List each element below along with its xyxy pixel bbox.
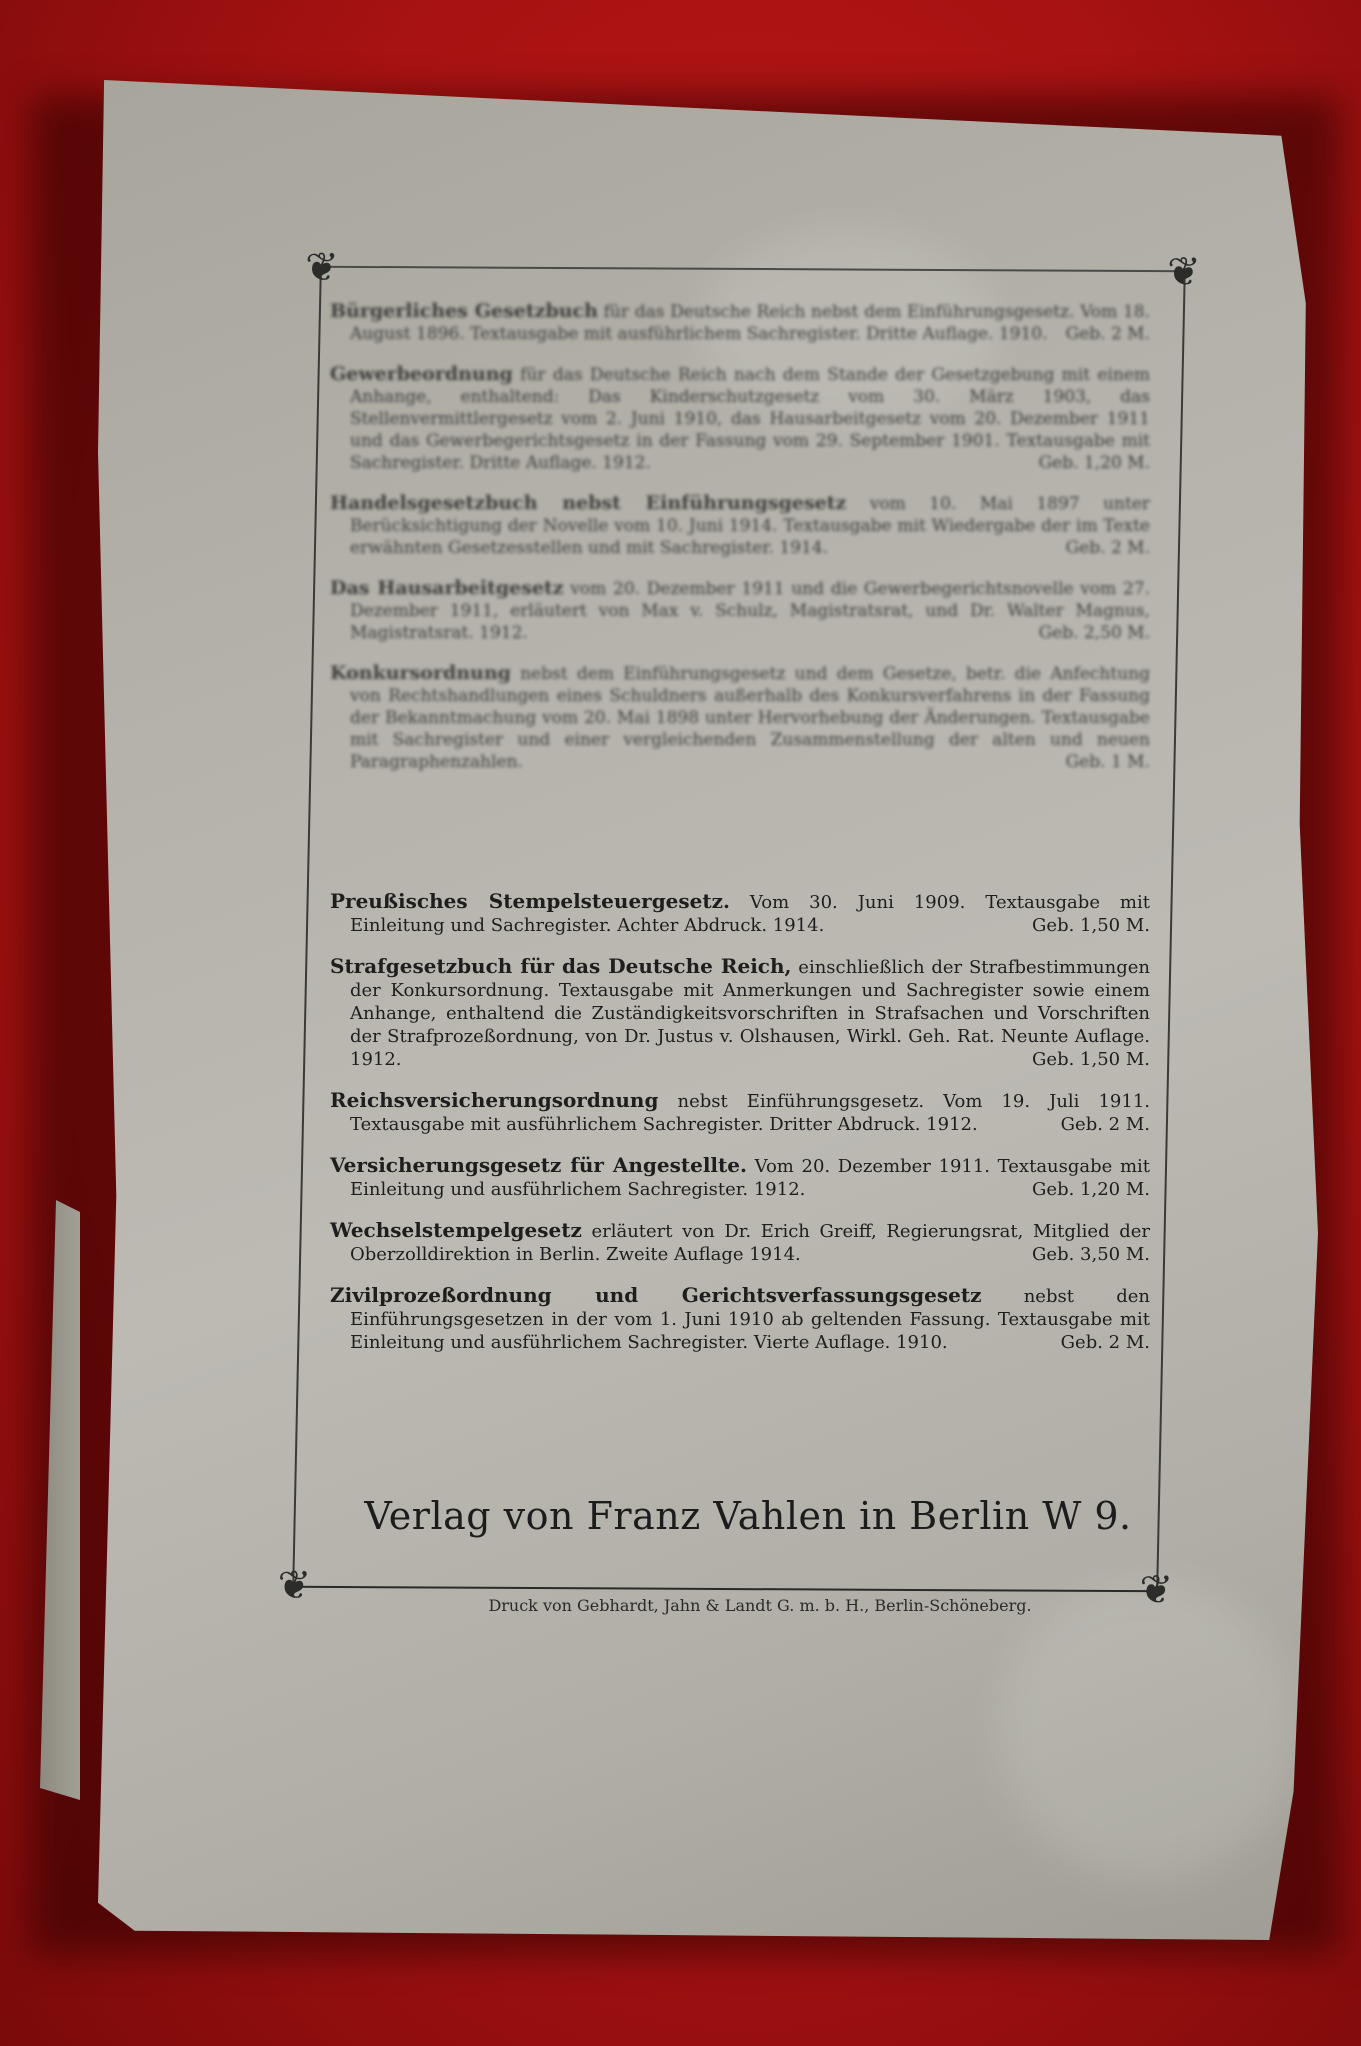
book-price: Geb. 2 M. [1081, 1113, 1150, 1136]
book-price: Geb. 1 M. [1086, 751, 1150, 773]
book-title: Strafgesetzbuch für das Deutsche Reich, [330, 954, 792, 978]
corner-ornament-icon: ❦ [268, 1560, 321, 1612]
book-title: Handelsgesetzbuch nebst Einführungsgeset… [330, 492, 846, 514]
book-price: Geb. 1,20 M. [1059, 452, 1150, 474]
book-entry: Strafgesetzbuch für das Deutsche Reich, … [330, 955, 1150, 1071]
book-title: Zivilprozeßordnung und Gerichtsverfassun… [330, 1283, 981, 1307]
book-title: Preußisches Stempelsteuergesetz. [330, 889, 730, 913]
book-entry: Wechselstempelgesetz erläutert von Dr. E… [330, 1219, 1150, 1266]
book-price: Geb. 2,50 M. [1059, 622, 1150, 644]
book-price: Geb. 3,50 M. [1052, 1243, 1150, 1266]
book-price: Geb. 1,50 M. [1052, 914, 1150, 937]
corner-ornament-icon: ❦ [1130, 1564, 1183, 1616]
book-list-bottom: Preußisches Stempelsteuergesetz. Vom 30.… [330, 890, 1150, 1372]
book-price: Geb. 2 M. [1086, 323, 1150, 345]
book-entry: Konkursordnung nebst dem Einführungsgese… [330, 662, 1150, 773]
book-price: Geb. 2 M. [1086, 537, 1150, 559]
book-title: Gewerbeordnung [330, 363, 513, 385]
book-entry: Bürgerliches Gesetzbuch für das Deutsche… [330, 300, 1150, 345]
printer-imprint: Druck von Gebhardt, Jahn & Landt G. m. b… [410, 1596, 1110, 1615]
corner-ornament-icon: ❦ [1157, 246, 1210, 298]
paper-stain [998, 1580, 1298, 1880]
book-entry: Versicherungsgesetz für Angestellte. Vom… [330, 1154, 1150, 1201]
book-title: Das Hausarbeitgesetz [330, 577, 564, 599]
book-list-top: Bürgerliches Gesetzbuch für das Deutsche… [330, 300, 1150, 791]
book-entry: Handelsgesetzbuch nebst Einführungsgeset… [330, 492, 1150, 559]
book-entry: Preußisches Stempelsteuergesetz. Vom 30.… [330, 890, 1150, 937]
book-title: Wechselstempelgesetz [330, 1218, 582, 1242]
corner-ornament-icon: ❦ [295, 242, 348, 294]
book-price: Geb. 1,20 M. [1052, 1178, 1150, 1201]
book-price: Geb. 2 M. [1081, 1331, 1150, 1354]
book-price: Geb. 1,50 M. [1052, 1048, 1150, 1071]
book-title: Konkursordnung [330, 662, 511, 684]
book-entry: Reichsversicherungsordnung nebst Einführ… [330, 1089, 1150, 1136]
book-entry: Das Hausarbeitgesetz vom 20. Dezember 19… [330, 577, 1150, 644]
book-title: Reichsversicherungsordnung [330, 1088, 658, 1112]
book-entry: Zivilprozeßordnung und Gerichtsverfassun… [330, 1284, 1150, 1354]
publisher-line: Verlag von Franz Vahlen in Berlin W 9. [358, 1494, 1138, 1538]
book-title: Bürgerliches Gesetzbuch [330, 300, 598, 322]
book-title: Versicherungsgesetz für Angestellte. [330, 1153, 747, 1177]
book-entry: Gewerbeordnung für das Deutsche Reich na… [330, 363, 1150, 474]
